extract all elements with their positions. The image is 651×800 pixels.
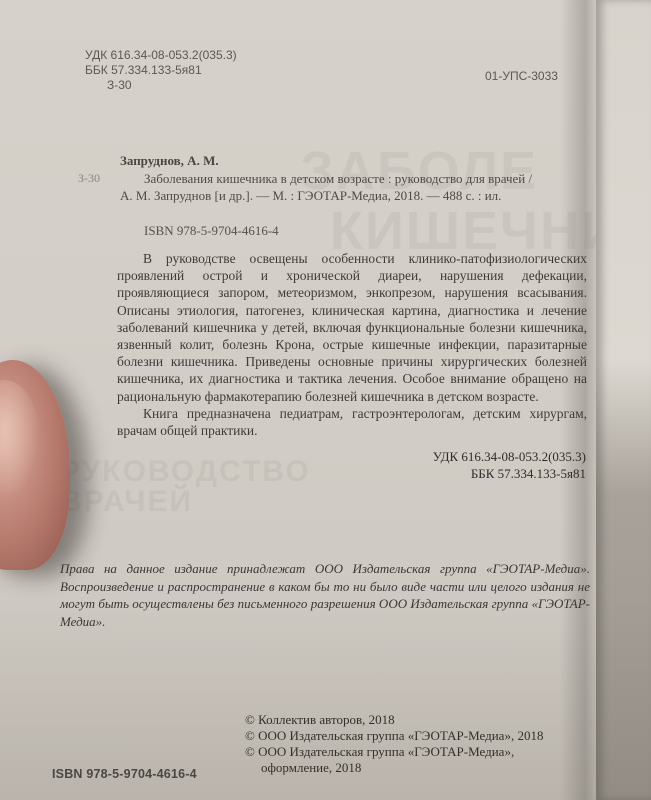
udk-code: УДК 616.34-08-053.2(035.3) <box>85 48 237 63</box>
copyright-line: © ООО Издательская группа «ГЭОТАР-Медиа»… <box>245 728 543 744</box>
udk-code: УДК 616.34-08-053.2(035.3) <box>400 448 586 465</box>
copyright-block: © Коллектив авторов, 2018 © ООО Издатель… <box>245 712 543 776</box>
bbk-code: ББК 57.334.133-5я81 <box>400 465 586 482</box>
top-classification-codes: УДК 616.34-08-053.2(035.3) ББК 57.334.13… <box>85 48 237 93</box>
series-code: 01-УПС-3033 <box>485 68 558 84</box>
next-page-edge <box>596 0 651 800</box>
bibliographic-description: Заболевания кишечника в детском возрасте… <box>120 170 590 204</box>
rights-notice: Права на данное издание принадлежат ООО … <box>60 560 590 630</box>
classification-block: УДК 616.34-08-053.2(035.3) ББК 57.334.13… <box>400 448 586 482</box>
isbn-record: ISBN 978-5-9704-4616-4 <box>144 223 279 239</box>
abstract-paragraph: В руководстве освещены особенности клини… <box>117 250 587 405</box>
author-side-mark: З-30 <box>78 170 100 186</box>
book-title-line: Заболевания кишечника в детском возрасте… <box>120 170 590 187</box>
copyright-line: оформление, 2018 <box>245 760 543 776</box>
book-page: ЗАБОЛЕ КИШЕЧНИКА РУКОВОДСТВО ВРАЧЕЙ УДК … <box>0 0 651 800</box>
isbn-footer: ISBN 978-5-9704-4616-4 <box>52 766 197 782</box>
copyright-line: © Коллектив авторов, 2018 <box>245 712 543 728</box>
responsibility-line: А. М. Запруднов [и др.]. — М. : ГЭОТАР-М… <box>120 187 590 204</box>
abstract: В руководстве освещены особенности клини… <box>117 250 587 439</box>
author-mark: З-30 <box>85 78 237 93</box>
author-name: Запруднов, А. М. <box>120 153 219 169</box>
bbk-code: ББК 57.334.133-5я81 <box>85 63 237 78</box>
show-through-text: РУКОВОДСТВО <box>60 455 311 489</box>
show-through-text: ВРАЧЕЙ <box>60 485 193 519</box>
audience-paragraph: Книга предназначена педиатрам, гастроэнт… <box>117 405 587 439</box>
copyright-line: © ООО Издательская группа «ГЭОТАР-Медиа»… <box>245 744 543 760</box>
